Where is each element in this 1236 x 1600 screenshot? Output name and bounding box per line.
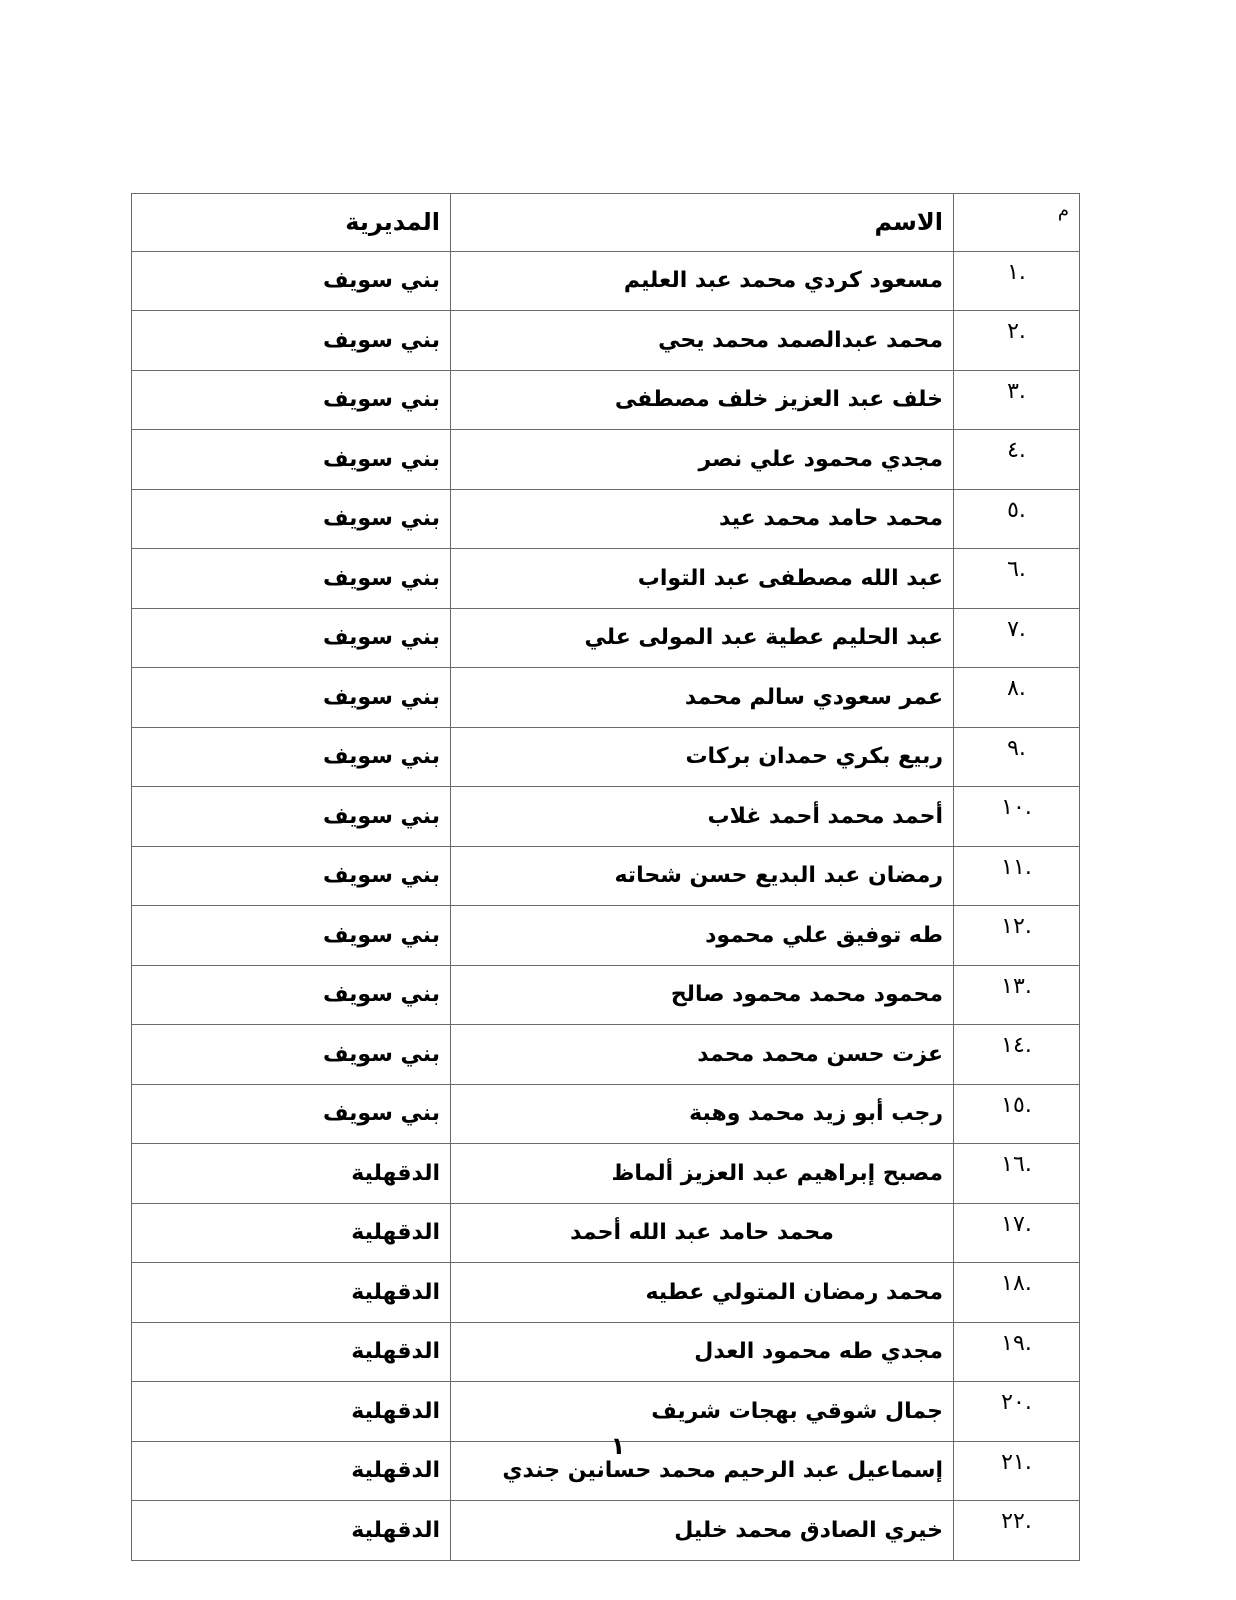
row-number: .١٣ (954, 965, 1080, 1025)
table-row: .١٧محمد حامد عبد الله أحمدالدقهلية (132, 1203, 1080, 1263)
row-directorate: بني سويف (132, 727, 451, 787)
row-directorate: بني سويف (132, 311, 451, 371)
row-directorate: الدقهلية (132, 1203, 451, 1263)
table-row: .٥محمد حامد محمد عيدبني سويف (132, 489, 1080, 549)
row-directorate: بني سويف (132, 906, 451, 966)
row-name: مجدي محمود علي نصر (451, 430, 954, 490)
table-row: .٤مجدي محمود علي نصربني سويف (132, 430, 1080, 490)
page-number: ١ (0, 1432, 1236, 1460)
header-number: م (954, 194, 1080, 252)
table-row: .١٨محمد رمضان المتولي عطيهالدقهلية (132, 1263, 1080, 1323)
row-directorate: بني سويف (132, 251, 451, 311)
row-number: .١٦ (954, 1144, 1080, 1204)
row-number: .٣ (954, 370, 1080, 430)
names-table: م الاسم المديرية .١مسعود كردي محمد عبد ا… (131, 193, 1080, 1561)
table-row: .٣خلف عبد العزيز خلف مصطفىبني سويف (132, 370, 1080, 430)
row-name: خيري الصادق محمد خليل (451, 1501, 954, 1561)
table-row: .٢٢خيري الصادق محمد خليلالدقهلية (132, 1501, 1080, 1561)
row-directorate: الدقهلية (132, 1501, 451, 1561)
row-number: .٩ (954, 727, 1080, 787)
row-directorate: بني سويف (132, 489, 451, 549)
row-name: رجب أبو زيد محمد وهبة (451, 1084, 954, 1144)
row-number: .٨ (954, 668, 1080, 728)
row-name: عبد الله مصطفى عبد التواب (451, 549, 954, 609)
table-row: .١٥رجب أبو زيد محمد وهبةبني سويف (132, 1084, 1080, 1144)
row-number: .١١ (954, 846, 1080, 906)
row-directorate: بني سويف (132, 787, 451, 847)
row-directorate: بني سويف (132, 1084, 451, 1144)
table-row: .١٩مجدي طه محمود العدلالدقهلية (132, 1322, 1080, 1382)
row-name: عبد الحليم عطية عبد المولى علي (451, 608, 954, 668)
row-directorate: الدقهلية (132, 1144, 451, 1204)
row-number: .١ (954, 251, 1080, 311)
row-number: .١٧ (954, 1203, 1080, 1263)
row-directorate: الدقهلية (132, 1263, 451, 1323)
row-number: .٤ (954, 430, 1080, 490)
row-directorate: الدقهلية (132, 1322, 451, 1382)
table-row: .١٢طه توفيق علي محمودبني سويف (132, 906, 1080, 966)
row-number: .١٤ (954, 1025, 1080, 1085)
row-directorate: بني سويف (132, 430, 451, 490)
row-directorate: بني سويف (132, 370, 451, 430)
table-row: .١١رمضان عبد البديع حسن شحاتهبني سويف (132, 846, 1080, 906)
row-number: .٧ (954, 608, 1080, 668)
row-number: .١٨ (954, 1263, 1080, 1323)
row-number: .١٩ (954, 1322, 1080, 1382)
table-row: .١٠أحمد محمد أحمد غلاببني سويف (132, 787, 1080, 847)
row-number: .٥ (954, 489, 1080, 549)
table-row: .١مسعود كردي محمد عبد العليمبني سويف (132, 251, 1080, 311)
row-number: .٦ (954, 549, 1080, 609)
row-name: أحمد محمد أحمد غلاب (451, 787, 954, 847)
table-header-row: م الاسم المديرية (132, 194, 1080, 252)
row-name: محمد رمضان المتولي عطيه (451, 1263, 954, 1323)
table-row: .٩ربيع بكري حمدان بركاتبني سويف (132, 727, 1080, 787)
row-number: .١٥ (954, 1084, 1080, 1144)
row-directorate: بني سويف (132, 965, 451, 1025)
row-number: .١٠ (954, 787, 1080, 847)
table-row: .٧عبد الحليم عطية عبد المولى عليبني سويف (132, 608, 1080, 668)
row-directorate: بني سويف (132, 1025, 451, 1085)
row-directorate: بني سويف (132, 549, 451, 609)
row-name: محمد حامد محمد عيد (451, 489, 954, 549)
row-name: محمد عبدالصمد محمد يحي (451, 311, 954, 371)
row-number: .٢٢ (954, 1501, 1080, 1561)
header-name: الاسم (451, 194, 954, 252)
row-directorate: بني سويف (132, 608, 451, 668)
row-name: مجدي طه محمود العدل (451, 1322, 954, 1382)
row-name: محمود محمد محمود صالح (451, 965, 954, 1025)
row-name: محمد حامد عبد الله أحمد (451, 1203, 954, 1263)
row-number: .٢ (954, 311, 1080, 371)
table-row: .٢محمد عبدالصمد محمد يحيبني سويف (132, 311, 1080, 371)
row-name: عمر سعودي سالم محمد (451, 668, 954, 728)
table-row: .١٤عزت حسن محمد محمدبني سويف (132, 1025, 1080, 1085)
row-name: طه توفيق علي محمود (451, 906, 954, 966)
row-name: عزت حسن محمد محمد (451, 1025, 954, 1085)
row-name: ربيع بكري حمدان بركات (451, 727, 954, 787)
row-name: رمضان عبد البديع حسن شحاته (451, 846, 954, 906)
table-row: .٨عمر سعودي سالم محمدبني سويف (132, 668, 1080, 728)
row-directorate: بني سويف (132, 846, 451, 906)
header-directorate: المديرية (132, 194, 451, 252)
table-row: .١٣محمود محمد محمود صالحبني سويف (132, 965, 1080, 1025)
row-name: مسعود كردي محمد عبد العليم (451, 251, 954, 311)
row-name: مصبح إبراهيم عبد العزيز ألماظ (451, 1144, 954, 1204)
table-row: .١٦مصبح إبراهيم عبد العزيز ألماظالدقهلية (132, 1144, 1080, 1204)
row-directorate: بني سويف (132, 668, 451, 728)
row-name: خلف عبد العزيز خلف مصطفى (451, 370, 954, 430)
row-number: .١٢ (954, 906, 1080, 966)
table-row: .٦عبد الله مصطفى عبد التواببني سويف (132, 549, 1080, 609)
